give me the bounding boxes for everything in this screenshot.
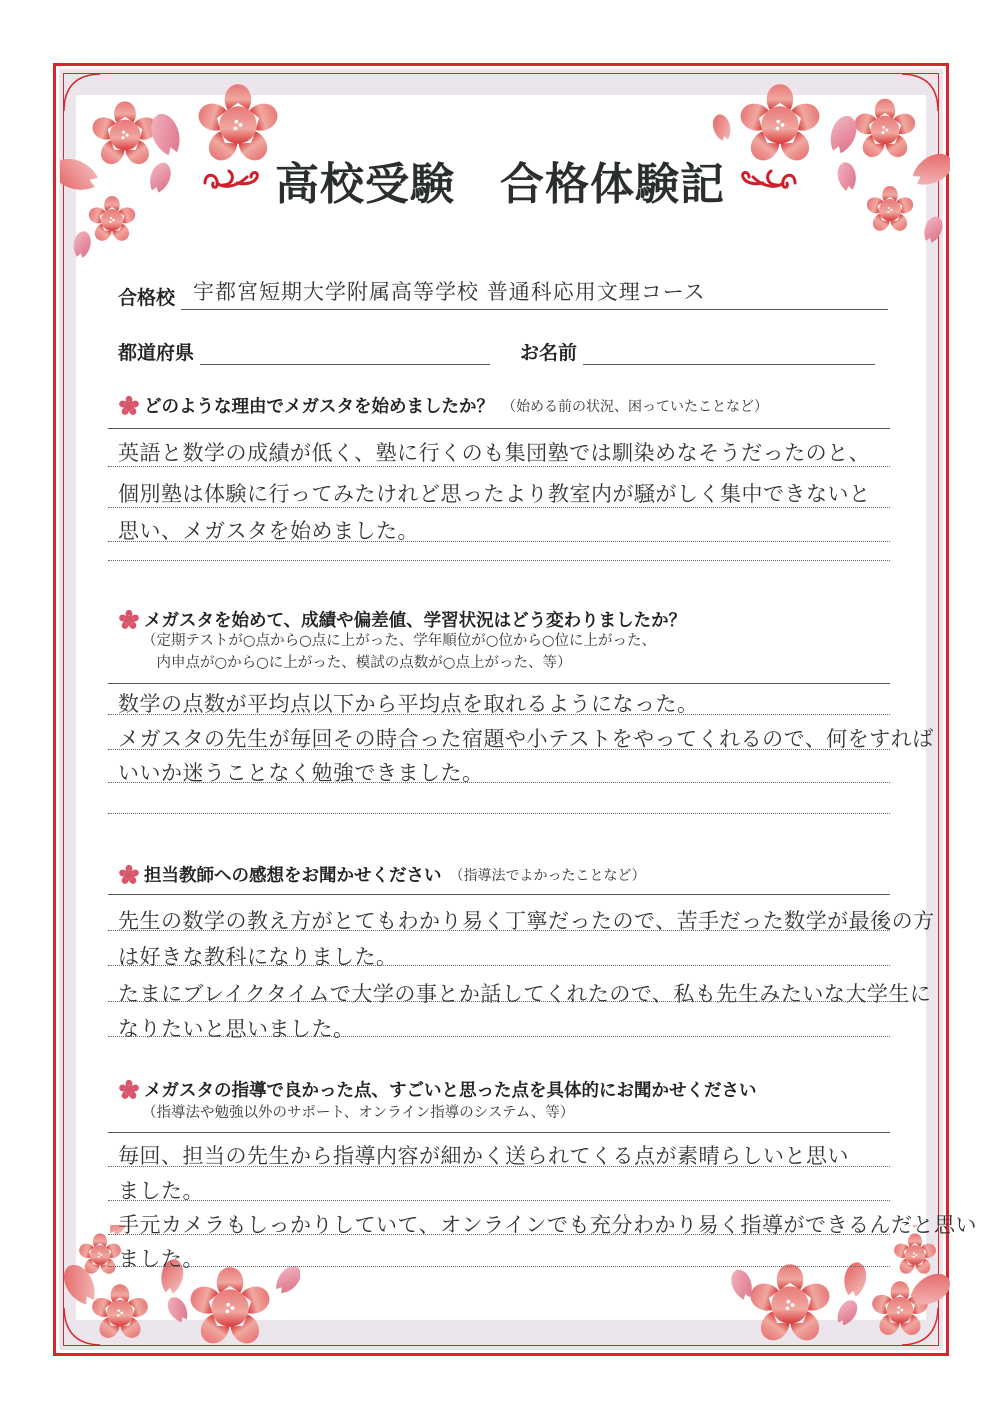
answer-line-text: ました。 [118,1243,204,1273]
title-row: 高校受験 合格体験記 [0,148,1000,212]
answer-line [108,1234,890,1235]
answer-line [108,507,890,508]
answer-line [108,749,890,750]
question-2-subnote: 内申点が○から○に上がった、模試の点数が○点上がった、等） [142,651,571,675]
question-4-subnote: （指導法や勉強以外のサポート、オンライン指導のシステム、等） [142,1101,574,1125]
answer-line [108,1036,890,1037]
flourish-right-icon [739,163,799,197]
answer-line-text: 個別塾は体験に行ってみたけれど思ったより教室内が騒がしく集中できないと [118,478,871,508]
question-3-note: （指導法でよかったことなど） [450,865,646,885]
sakura-bullet-icon [118,395,140,417]
answer-line [108,1166,890,1167]
question-2-rule [108,683,890,684]
question-4-header: メガスタの指導で良かった点、すごいと思った点を具体的にお聞かせください [118,1077,757,1102]
answer-line-text: 英語と数学の成績が低く、塾に行くのも集団塾では馴染めなそうだったのと、 [118,437,870,467]
school-input[interactable]: 宇都宮短期大学附属高等学校 普通科応用文理コース [181,284,888,310]
question-1-header: どのような理由でメガスタを始めましたか？ （始める前の状況、困っていたことなど） [118,393,768,418]
question-1-note: （始める前の状況、困っていたことなど） [502,396,768,416]
answer-line [108,1001,890,1002]
question-3-title: 担当教師への感想をお聞かせください [144,862,442,887]
field-school: 合格校 宇都宮短期大学附属高等学校 普通科応用文理コース [118,283,888,310]
answer-line [108,541,890,542]
question-2-subnote: （定期テストが○点から○点に上がった、学年順位が○位から○位に上がった、 [142,629,656,653]
cherry-blossom-cluster-bottom-right [720,1225,950,1345]
sakura-bullet-icon [118,609,140,631]
answer-line-text: たまにブレイクタイムで大学の事とか話してくれたので、私も先生みたいな大学生に [118,978,931,1008]
answer-line [108,1266,890,1267]
field-prefecture: 都道府県 [118,338,490,365]
page-title: 高校受験 合格体験記 [275,148,725,212]
question-3-header: 担当教師への感想をお聞かせください （指導法でよかったことなど） [118,862,646,887]
answer-line [108,930,890,931]
question-3-rule [108,894,890,895]
answer-line [108,1200,890,1201]
field-name: お名前 [520,338,875,365]
field-school-label: 合格校 [118,283,175,310]
question-1-title: どのような理由でメガスタを始めましたか？ [144,393,494,418]
field-name-label: お名前 [520,338,577,365]
flourish-left-icon [201,163,261,197]
answer-line [108,813,890,814]
answer-line [108,560,890,561]
sakura-bullet-icon [118,864,140,886]
field-prefecture-label: 都道府県 [118,338,194,365]
prefecture-input[interactable] [200,339,490,365]
answer-line-text: は好きな教科になりました。 [118,941,398,971]
question-4-rule [108,1132,890,1133]
school-value: 宇都宮短期大学附属高等学校 普通科応用文理コース [193,276,706,306]
answer-line [108,714,890,715]
sakura-bullet-icon [118,1079,140,1101]
name-input[interactable] [583,339,875,365]
answer-line-text: なりたいと思いました。 [118,1013,355,1043]
question-4-title: メガスタの指導で良かった点、すごいと思った点を具体的にお聞かせください [144,1077,757,1102]
question-1-rule [108,428,890,429]
answer-line [108,782,890,783]
answer-line [108,466,890,467]
answer-line [108,965,890,966]
